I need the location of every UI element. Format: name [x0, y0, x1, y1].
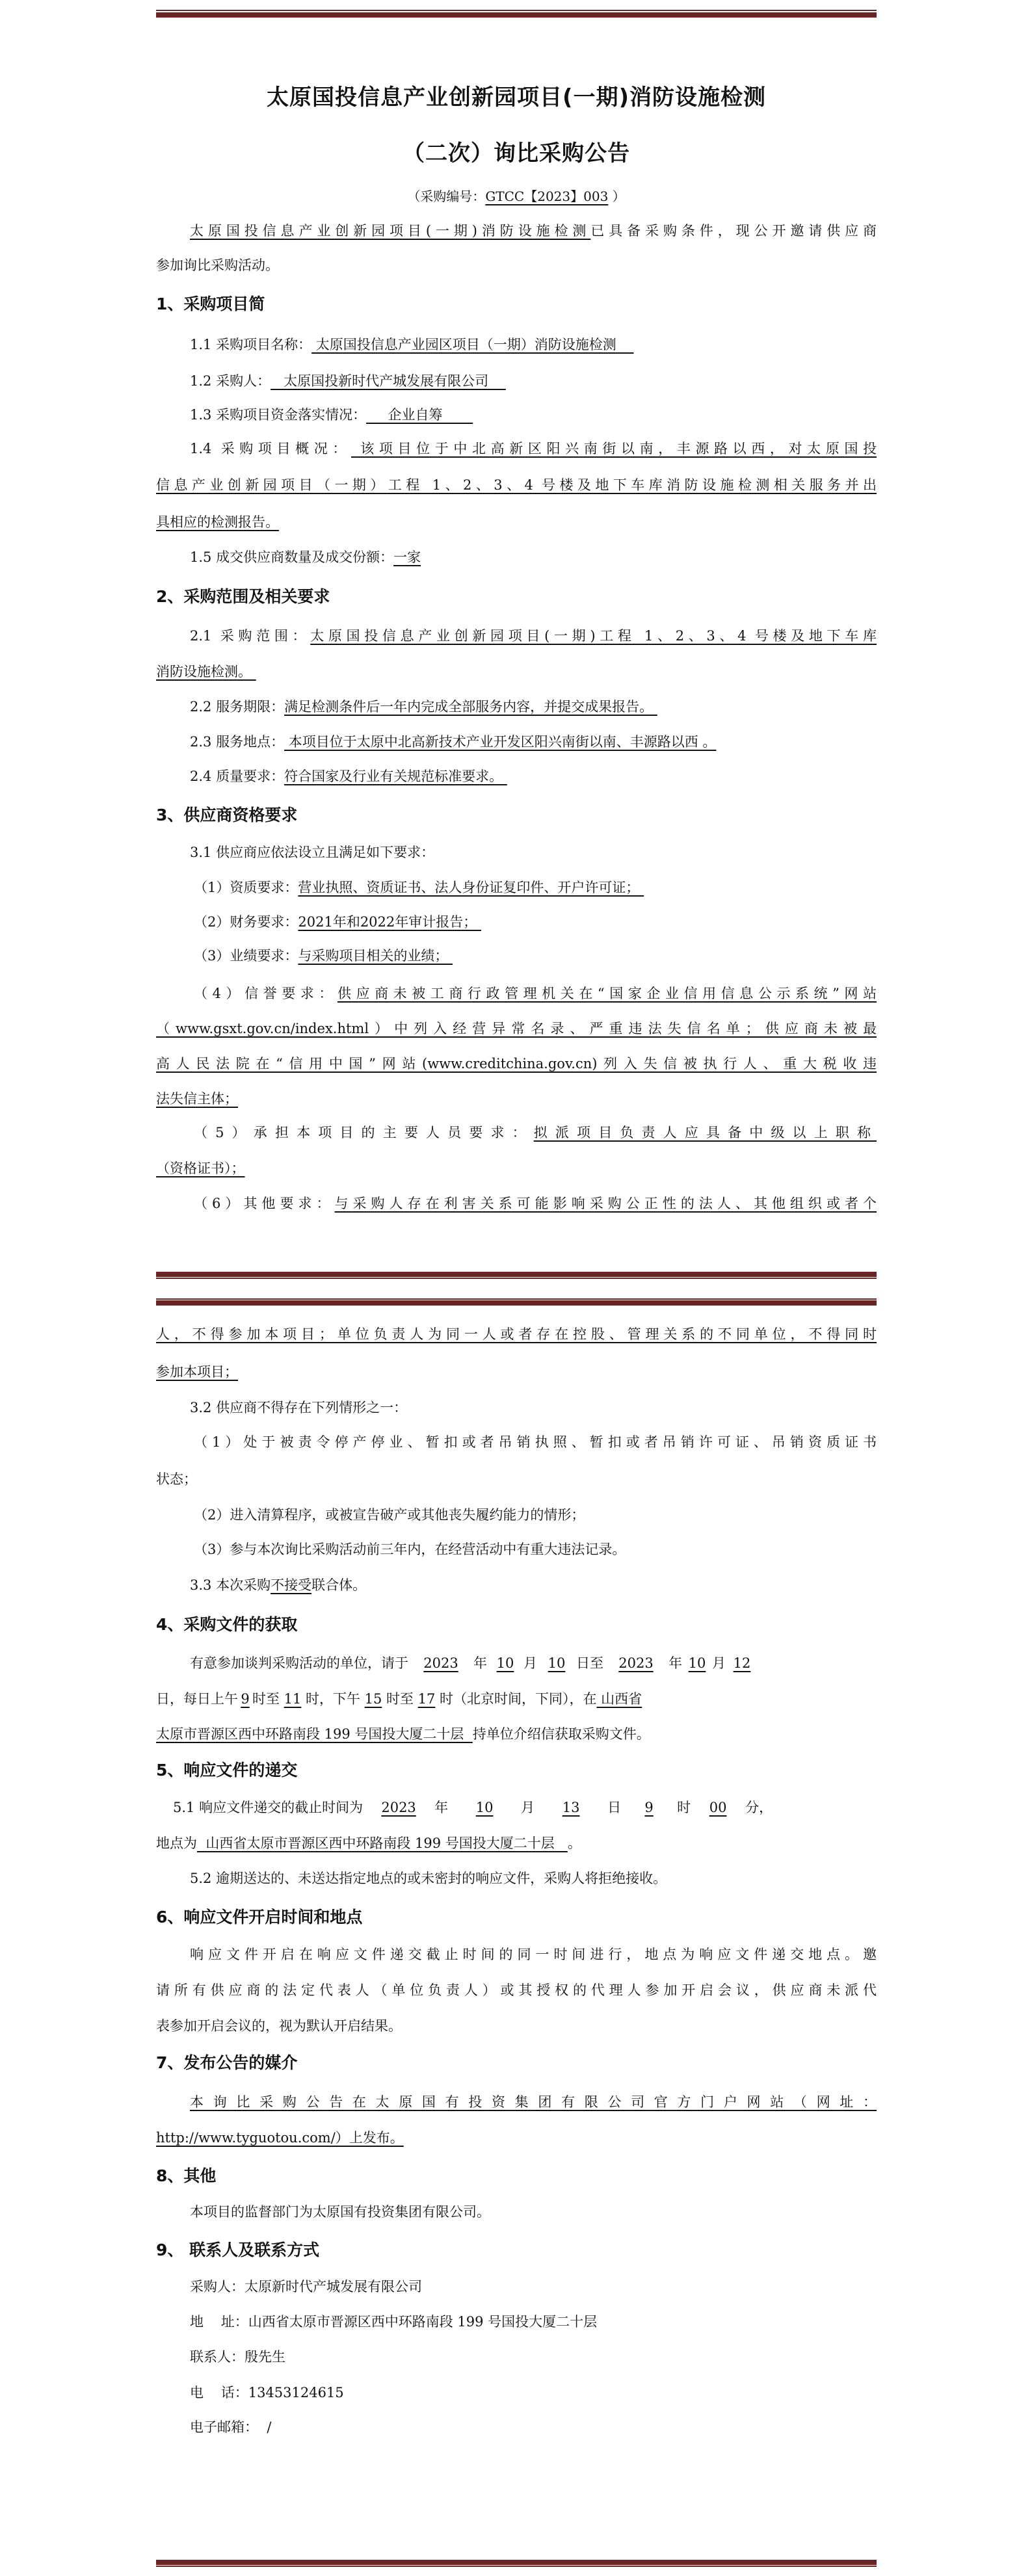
address-value: 山西省太原市晋源区西中环路南段 199 号国投大厦二十层: [248, 2314, 597, 2330]
page-bottom-rule-thin: [156, 1278, 877, 1279]
item-1-4-value: 该项目位于中北高新区阳兴南街以南，丰源路以西，对太原国投: [351, 441, 877, 456]
req-2: （2）财务要求：2021年和2022年审计报告；: [156, 912, 877, 932]
item-1-5: 1.5 成交供应商数量及成交份额：一家: [156, 547, 877, 567]
req-1-label: （1）资质要求：: [194, 880, 298, 895]
item-3-3: 3.3 本次采购不接受联合体。: [156, 1575, 877, 1595]
item-1-1: 1.1 采购项目名称： 太原国投信息产业园区项目（一期）消防设施检测: [156, 335, 877, 354]
item-2-2: 2.2 服务期限：满足检测条件后一年内完成全部服务内容，并提交成果报告。: [156, 697, 877, 716]
s7-line1-text: 本询比采购公告在太原国有投资集团有限公司官方门户网站（网址：: [190, 2094, 877, 2110]
intro-rest: 已具备采购条件，现公开邀请供应商: [590, 223, 877, 239]
req-4-label: （4）信誉要求：: [194, 986, 337, 1001]
req-2-value: 2021年和2022年审计报告；: [298, 914, 481, 930]
s8-line1: 本项目的监督部门为太原国有投资集团有限公司。: [156, 2202, 877, 2222]
req-4-line1: （4）信誉要求：供应商未被工商行政管理机关在“国家企业信用信息公示系统”网站: [156, 984, 877, 1003]
req-5-line2: （资格证书）；: [156, 1159, 877, 1178]
pm-end-hour: 17: [414, 1689, 440, 1709]
purchaser-value: 太原新时代产城发展有限公司: [245, 2279, 422, 2294]
item-1-3: 1.3 采购项目资金落实情况： 企业自筹: [156, 405, 877, 425]
req-4-line3: 高人民法院在“信用中国”网站(www.creditchina.gov.cn)列入…: [156, 1054, 877, 1073]
section-3-heading: 3、供应商资格要求: [156, 804, 297, 826]
section-2-heading: 2、采购范围及相关要求: [156, 586, 330, 608]
page-top-rule-thin: [156, 10, 877, 11]
req-3-value: 与采购项目相关的业绩；: [298, 948, 453, 964]
item-1-4-line3-text: 具相应的检测报告。: [156, 514, 279, 530]
end-year: 2023: [603, 1653, 668, 1673]
item-1-3-label: 1.3 采购项目资金落实情况：: [190, 407, 366, 423]
pm-prefix: 时，下午: [306, 1691, 360, 1707]
contact-purchaser: 采购人：太原新时代产城发展有限公司: [156, 2277, 877, 2296]
page-bottom-rule-thick: [156, 1272, 877, 1277]
contact-phone: 电 话：13453124615: [156, 2383, 877, 2402]
req-6-label: （6）其他要求：: [194, 1196, 335, 1211]
neg-1-line1: （1）处于被责令停产停业、暂扣或者吊销执照、暂扣或者吊销许可证、吊销资质证书: [156, 1432, 877, 1452]
req-1: （1）资质要求：营业执照、资质证书、法人身份证复印件、开户许可证；: [156, 878, 877, 897]
item-1-2-label: 1.2 采购人：: [190, 373, 271, 389]
req-6-value: 与采购人存在利害关系可能影响采购公正性的法人、其他组织或者个: [335, 1196, 877, 1211]
deadline-month: 10: [448, 1798, 521, 1817]
label-day-to: 日至: [576, 1655, 603, 1671]
procurement-code: （采购编号：GTCC【2023】003 ）: [156, 187, 877, 206]
item-1-4-line2: 信息产业创新园项目（一期）工程 1、2、3、4 号楼及地下车库消防设施检测相关服…: [156, 475, 877, 495]
item-1-1-value: 太原国投信息产业园区项目（一期）消防设施检测: [311, 337, 633, 352]
item-2-1-label: 2.1 采购范围：: [190, 628, 310, 644]
s7-line1: 本询比采购公告在太原国有投资集团有限公司官方门户网站（网址：: [156, 2092, 877, 2112]
item-2-1-line1: 2.1 采购范围：太原国投信息产业创新园项目(一期)工程 1、2、3、4 号楼及…: [156, 626, 877, 646]
item-3-3-prefix: 3.3 本次采购: [190, 1577, 271, 1593]
deadline-hour: 9: [621, 1798, 677, 1817]
start-day: 10: [537, 1653, 576, 1673]
website-link[interactable]: http://www.tyguotou.com/）上发布。: [156, 2130, 404, 2146]
contact-email: 电子邮箱： /: [156, 2417, 877, 2437]
deadline-day: 13: [535, 1798, 607, 1817]
section-8-heading: 8、其他: [156, 2165, 216, 2187]
label-hour-to: 时至: [252, 1691, 280, 1707]
item-1-2: 1.2 采购人： 太原国投新时代产城发展有限公司: [156, 371, 877, 391]
item-2-4: 2.4 质量要求：符合国家及行业有关规范标准要求。: [156, 767, 877, 786]
section-5-heading: 5、响应文件的递交: [156, 1759, 297, 1781]
item-2-2-label: 2.2 服务期限：: [190, 699, 284, 715]
item-2-4-label: 2.4 质量要求：: [190, 769, 284, 784]
req-4-line2: （www.gsxt.gov.cn/index.html）中列入经营异常名录、严重…: [156, 1019, 877, 1038]
req-3: （3）业绩要求：与采购项目相关的业绩；: [156, 946, 877, 966]
place-line1: 山西省: [597, 1691, 642, 1707]
place-prefix: 地点为: [156, 1835, 197, 1851]
email-value: /: [258, 2419, 271, 2435]
item-3-2: 3.2 供应商不得存在下列情形之一：: [156, 1398, 877, 1417]
code-value: GTCC【2023】003: [485, 189, 608, 204]
place-suffix: 。: [568, 1835, 581, 1851]
item-1-2-value: 太原国投新时代产城发展有限公司: [271, 373, 506, 389]
end-day: 12: [726, 1653, 758, 1673]
req-4-line4: 法失信主体；: [156, 1089, 877, 1109]
contact-label: 联系人：: [190, 2349, 245, 2365]
label-day: 日: [156, 1691, 170, 1707]
s4-line1: 有意参加谈判采购活动的单位，请于2023年10月10日至2023年10月12: [156, 1653, 877, 1673]
req-4-line4-text: 法失信主体；: [156, 1091, 238, 1107]
label-day: 日: [607, 1800, 621, 1815]
end-month: 10: [682, 1653, 712, 1673]
item-3-1: 3.1 供应商应依法设立且满足如下要求：: [156, 843, 877, 862]
item-1-4-line1: 1.4 采购项目概况： 该项目位于中北高新区阳兴南街以南，丰源路以西，对太原国投: [156, 439, 877, 458]
item-1-3-value: 企业自筹: [366, 407, 473, 423]
item-5-2: 5.2 逾期送达的、未送达指定地点的或未密封的响应文件，采购人将拒绝接收。: [156, 1869, 877, 1888]
label-month: 月: [523, 1655, 537, 1671]
page-top-rule-thick-2: [156, 1300, 877, 1306]
req-5-line2-text: （资格证书）；: [156, 1161, 245, 1176]
item-3-3-underlined: 不接受: [271, 1577, 311, 1593]
label-minute: 分，: [745, 1800, 773, 1815]
intro-line2: 参加询比采购活动。: [156, 256, 877, 275]
req-2-label: （2）财务要求：: [194, 914, 298, 930]
item-2-1-line2-text: 消防设施检测。: [156, 664, 256, 679]
label-hour: 时: [677, 1800, 691, 1815]
label-month-2: 月: [712, 1655, 726, 1671]
am-start-hour: 9: [238, 1689, 252, 1709]
page-bottom-rule-thin-2: [156, 2566, 877, 2567]
email-label: 电子邮箱：: [190, 2419, 258, 2435]
phone-value: 13453124615: [248, 2385, 344, 2400]
item-2-3-value: 本项目位于太原中北高新技术产业开发区阳兴南街以南、丰源路以西 。: [284, 734, 716, 750]
req-3-label: （3）业绩要求：: [194, 948, 298, 964]
section-4-heading: 4、采购文件的获取: [156, 1614, 297, 1636]
req-6-line1: （6）其他要求：与采购人存在利害关系可能影响采购公正性的法人、其他组织或者个: [156, 1194, 877, 1213]
item-1-1-label: 1.1 采购项目名称：: [190, 337, 311, 352]
req-1-value: 营业执照、资质证书、法人身份证复印件、开户许可证；: [298, 880, 644, 895]
section-1-heading: 1、采购项目简: [156, 293, 265, 315]
place-line2: 太原市晋源区西中环路南段 199 号国投大厦二十层: [156, 1726, 473, 1742]
section-7-heading: 7、发布公告的媒介: [156, 2052, 297, 2074]
time-suffix: 时（北京时间，下同），在: [440, 1691, 597, 1707]
phone-label: 电 话：: [190, 2385, 248, 2400]
purchaser-label: 采购人：: [190, 2279, 245, 2294]
item-5-1-place: 地点为 山西省太原市晋源区西中环路南段 199 号国投大厦二十层 。: [156, 1833, 877, 1853]
item-2-3: 2.3 服务地点： 本项目位于太原中北高新技术产业开发区阳兴南街以南、丰源路以西…: [156, 732, 877, 752]
document-title-line2: （二次）询比采购公告: [156, 139, 877, 168]
neg-3: （3）参与本次询比采购活动前三年内，在经营活动中有重大违法记录。: [156, 1540, 877, 1559]
address-label: 地 址：: [190, 2314, 248, 2330]
page-bottom-rule-thick-2: [156, 2560, 877, 2565]
s4-prefix: 有意参加谈判采购活动的单位，请于: [190, 1655, 408, 1671]
s7-line2: http://www.tyguotou.com/）上发布。: [156, 2128, 877, 2148]
submission-place: 山西省太原市晋源区西中环路南段 199 号国投大厦二十层: [197, 1835, 568, 1851]
label-month: 月: [521, 1800, 535, 1815]
code-suffix: ）: [608, 189, 625, 204]
start-year: 2023: [408, 1653, 473, 1673]
deadline-year: 2023: [363, 1798, 434, 1817]
s6-line2: 请所有供应商的法定代表人（单位负责人）或其授权的代理人参加开启会议，供应商未派代: [156, 1980, 877, 2000]
item-2-1-value: 太原国投信息产业创新园项目(一期)工程 1、2、3、4 号楼及地下车库: [310, 628, 877, 644]
item-1-4-label: 1.4 采购项目概况：: [190, 441, 351, 456]
s4-suffix: 持单位介绍信获取采购文件。: [473, 1726, 650, 1742]
s6-line3: 表参加开启会议的，视为默认开启结果。: [156, 2016, 877, 2036]
section-9-heading: 9、 联系人及联系方式: [156, 2239, 319, 2261]
pm-start-hour: 15: [360, 1689, 386, 1709]
am-end-hour: 11: [280, 1689, 306, 1709]
section-6-heading: 6、响应文件开启时间和地点: [156, 1906, 362, 1928]
item-2-1-line2: 消防设施检测。: [156, 662, 877, 681]
req-4-value: 供应商未被工商行政管理机关在“国家企业信用信息公示系统”网站: [337, 986, 877, 1001]
item-1-4-line3: 具相应的检测报告。: [156, 512, 877, 532]
contact-address: 地 址：山西省太原市晋源区西中环路南段 199 号国投大厦二十层: [156, 2312, 877, 2332]
label-year: 年: [473, 1655, 487, 1671]
s4-line2: 日，每日上午9时至11时，下午15时至17时（北京时间，下同），在 山西省: [156, 1689, 877, 1709]
item-2-3-label: 2.3 服务地点：: [190, 734, 284, 750]
neg-1-line2: 状态；: [156, 1469, 877, 1489]
intro-line1: 太原国投信息产业创新园项目(一期)消防设施检测已具备采购条件，现公开邀请供应商: [156, 221, 877, 241]
intro-project-name: 太原国投信息产业创新园项目(一期)消防设施检测: [190, 223, 590, 239]
item-1-5-label: 1.5 成交供应商数量及成交份额：: [190, 549, 393, 565]
contact-value: 殷先生: [245, 2349, 285, 2365]
am-prefix: ，每日上午: [170, 1691, 238, 1707]
label-year: 年: [434, 1800, 448, 1815]
neg-2: （2）进入清算程序，或被宣告破产或其他丧失履约能力的情形；: [156, 1505, 877, 1525]
s4-line3: 太原市晋源区西中环路南段 199 号国投大厦二十层 持单位介绍信获取采购文件。: [156, 1724, 877, 1744]
page-top-rule-thick: [156, 12, 877, 18]
item-2-2-value: 满足检测条件后一年内完成全部服务内容，并提交成果报告。: [284, 699, 657, 715]
req-5-line1: （5）承担本项目的主要人员要求：拟派项目负责人应具备中级以上职称: [156, 1123, 877, 1142]
item-1-5-value: 一家: [393, 549, 421, 565]
req-5-label: （5）承担本项目的主要人员要求：: [194, 1125, 534, 1140]
page-top-rule-thin-2: [156, 1298, 877, 1300]
item-2-4-value: 符合国家及行业有关规范标准要求。: [284, 769, 507, 784]
s6-line1: 响应文件开启在响应文件递交截止时间的同一时间进行，地点为响应文件递交地点。邀: [156, 1945, 877, 1964]
contact-person: 联系人：殷先生: [156, 2347, 877, 2367]
item-5-1: 5.1 响应文件递交的截止时间为2023年10月13日9时00分，: [156, 1798, 877, 1817]
deadline-minute: 00: [691, 1798, 745, 1817]
req-6-line3: 参加本项目；: [156, 1362, 877, 1382]
code-prefix: （采购编号：: [407, 189, 485, 204]
start-month: 10: [487, 1653, 523, 1673]
label-hour-to-2: 时至: [386, 1691, 414, 1707]
document-title-line1: 太原国投信息产业创新园项目(一期)消防设施检测: [156, 83, 877, 112]
label-year-2: 年: [668, 1655, 682, 1671]
req-6-line2: 人，不得参加本项目；单位负责人为同一人或者存在控股、管理关系的不同单位，不得同时: [156, 1324, 877, 1344]
req-6-line3-text: 参加本项目；: [156, 1364, 238, 1380]
req-5-value: 拟派项目负责人应具备中级以上职称: [534, 1125, 877, 1140]
item-3-3-suffix: 联合体。: [311, 1577, 366, 1593]
item-5-1-prefix: 5.1 响应文件递交的截止时间为: [173, 1800, 363, 1815]
